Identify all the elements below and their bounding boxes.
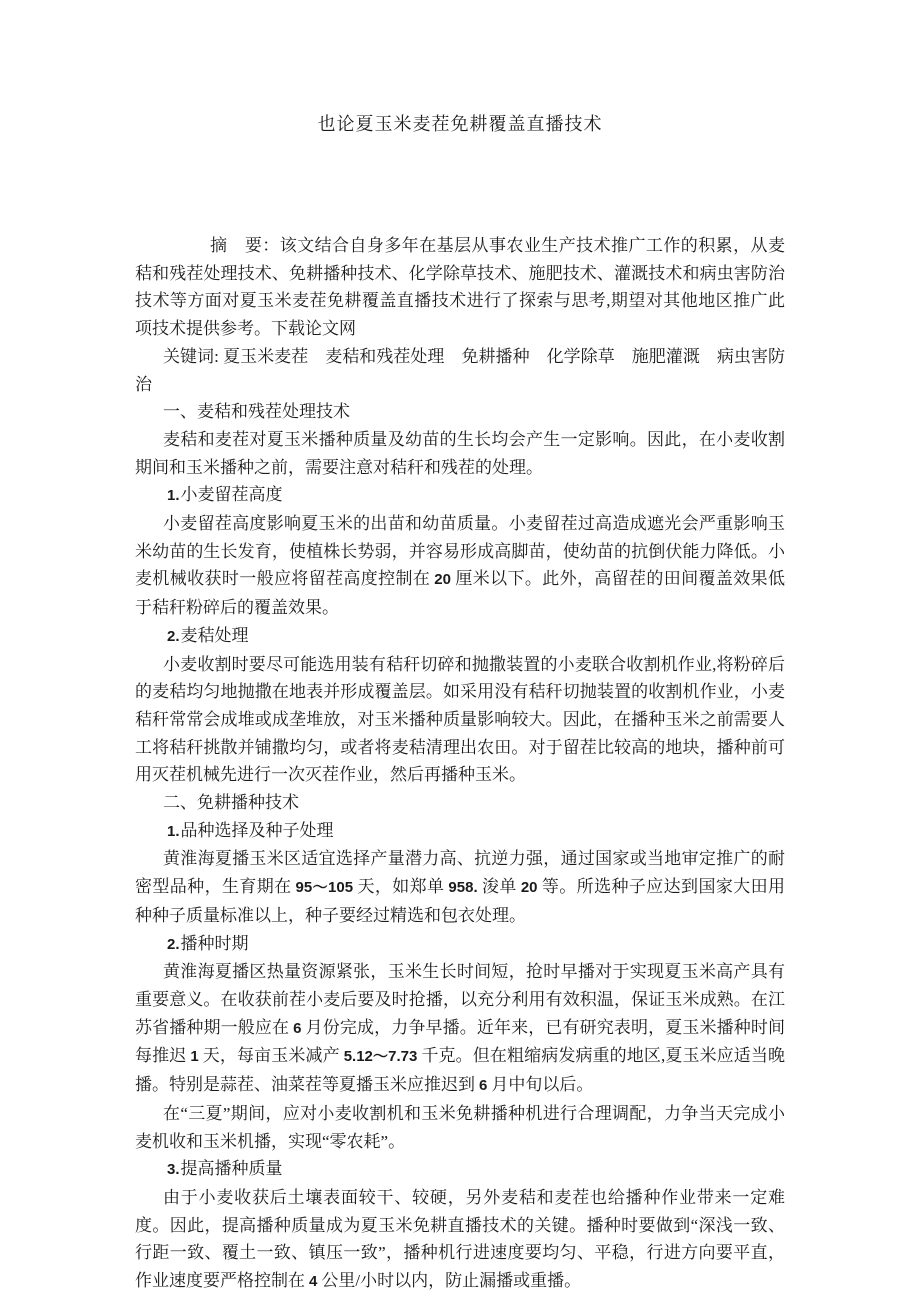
section-heading-2: 二、免耕播种技术	[135, 789, 785, 817]
abstract-paragraph: 摘 要：该文结合自身多年在基层从事农业生产技术推广工作的积累，从麦秸和残茬处理技…	[135, 232, 785, 343]
body-paragraph: 在“三夏”期间，应对小麦收割机和玉米免耕播种机进行合理调配，力争当天完成小麦机收…	[135, 1100, 785, 1155]
subheading-2-3: 3.提高播种质量	[135, 1155, 785, 1184]
subheading-1-1: 1.小麦留茬高度	[135, 481, 785, 510]
section-heading-1: 一、麦秸和残茬处理技术	[135, 398, 785, 426]
body-paragraph: 由于小麦收获后土壤表面较干、较硬，另外麦秸和麦茬也给播种作业带来一定难度。因此，…	[135, 1184, 785, 1296]
body-paragraph: 麦秸和麦茬对夏玉米播种质量及幼苗的生长均会产生一定影响。因此，在小麦收割期间和玉…	[135, 426, 785, 481]
subheading-2-1: 1.品种选择及种子处理	[135, 817, 785, 846]
document-page: 也论夏玉米麦茬免耕覆盖直播技术 摘 要：该文结合自身多年在基层从事农业生产技术推…	[0, 0, 920, 1302]
document-title: 也论夏玉米麦茬免耕覆盖直播技术	[135, 110, 785, 138]
body-paragraph: 小麦收割时要尽可能选用装有秸秆切碎和抛撒装置的小麦联合收割机作业,将粉碎后的麦秸…	[135, 651, 785, 790]
body-paragraph: 黄淮海夏播区热量资源紧张，玉米生长时间短，抢时早播对于实现夏玉米高产具有重要意义…	[135, 958, 785, 1100]
body-paragraph: 黄淮海夏播玉米区适宜选择产量潜力高、抗逆力强，通过国家或当地审定推广的耐密型品种…	[135, 845, 785, 929]
subheading-1-2: 2.麦秸处理	[135, 622, 785, 651]
keywords-line: 关键词: 夏玉米麦茬 麦秸和残茬处理 免耕播种 化学除草 施肥灌溉 病虫害防治	[135, 343, 785, 398]
body-paragraph: 小麦留茬高度影响夏玉米的出苗和幼苗质量。小麦留茬过高造成遮光会严重影响玉米幼苗的…	[135, 510, 785, 622]
subheading-2-2: 2.播种时期	[135, 930, 785, 959]
